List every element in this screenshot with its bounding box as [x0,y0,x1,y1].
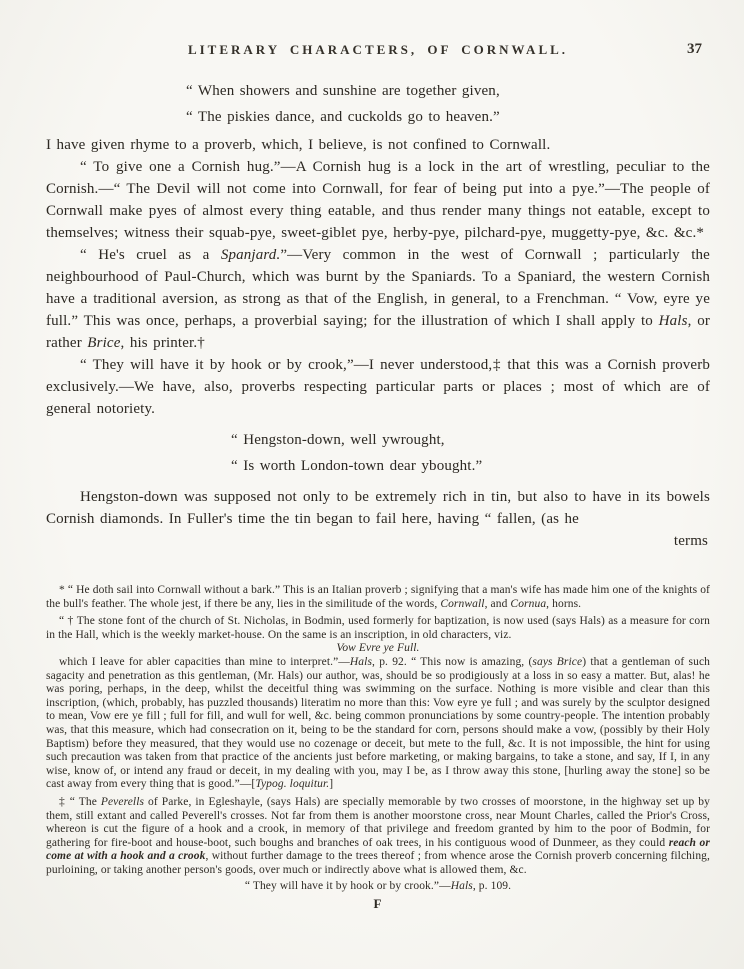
running-title: LITERARY CHARACTERS, OF CORNWALL. [188,42,568,57]
para-hengston-down: Hengston-down was supposed not only to b… [46,486,710,530]
verse-hengston: “ Hengston-down, well ywrought, “ Is wor… [231,427,710,479]
para-cornish-hug: “ To give one a Cornish hug.”—A Cornish … [46,156,710,244]
footnote-double-dagger: ‡ “ The Peverells of Parke, in Egleshayl… [46,796,710,878]
verse-line: “ The piskies dance, and cuckolds go to … [186,104,710,130]
book-page: LITERARY CHARACTERS, OF CORNWALL. 37 “ W… [0,0,744,969]
running-header: LITERARY CHARACTERS, OF CORNWALL. 37 [46,42,710,58]
verse-piskies: “ When showers and sunshine are together… [186,78,710,130]
para-spaniard: “ He's cruel as a Spanjard.”—Very common… [46,244,710,354]
page-number: 37 [687,41,702,58]
footnote-star: * “ He doth sail into Cornwall without a… [46,584,710,611]
para-rhyme-intro: I have given rhyme to a proverb, which, … [46,134,710,156]
footnote-dagger-body: which I leave for abler capacities than … [46,656,710,792]
footnote-dagger-intro: “ † The stone font of the church of St. … [46,615,710,642]
footnote-closing-quote: “ They will have it by hook or by crook.… [46,880,710,894]
footnote-inscription: Vow Evre ye Full. [46,642,710,656]
footnotes-block: * “ He doth sail into Cornwall without a… [46,584,710,911]
signature-mark: F [46,897,710,911]
verse-line: “ Hengston-down, well ywrought, [231,427,710,453]
para-hook-or-crook: “ They will have it by hook or by crook,… [46,354,710,420]
catchword: terms [46,530,710,552]
verse-line: “ Is worth London-town dear ybought.” [231,453,710,479]
main-text-block: “ When showers and sunshine are together… [46,78,710,552]
verse-line: “ When showers and sunshine are together… [186,78,710,104]
